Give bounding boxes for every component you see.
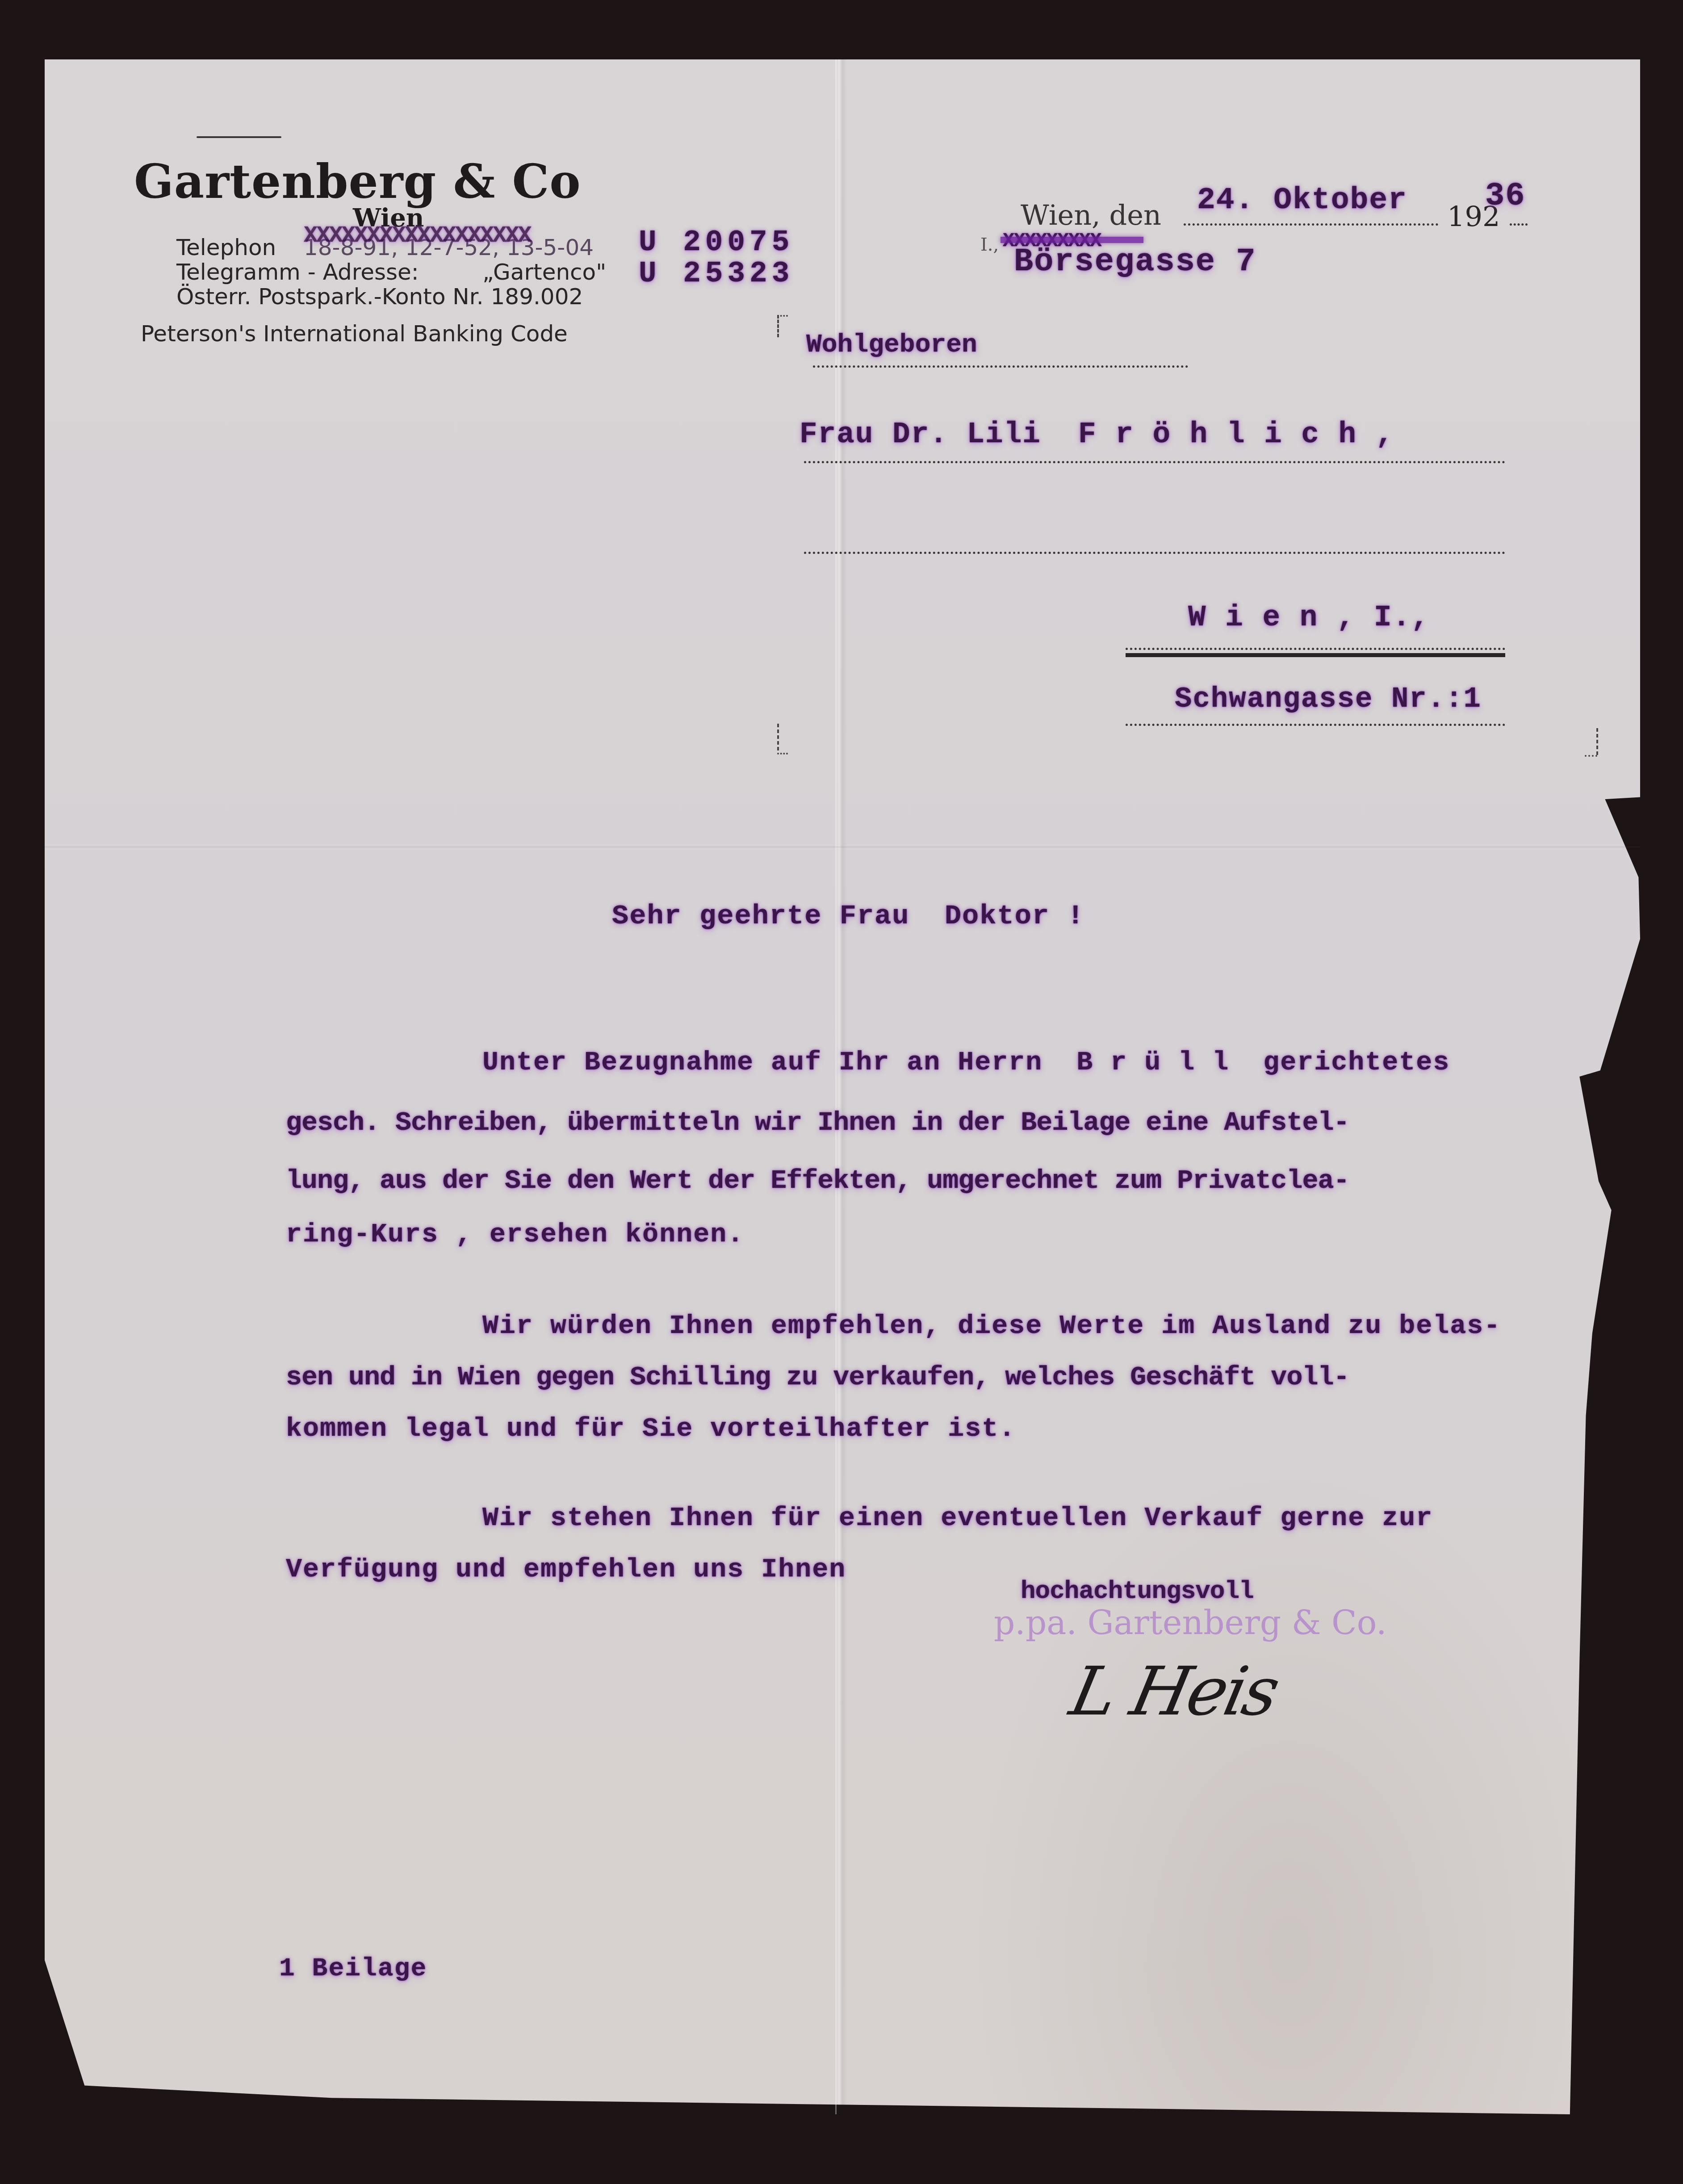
paper-fold-horizontal [45,847,1640,847]
window-mark-top-left-v [777,315,779,337]
salutation: Sehr geehrte Frau Doktor ! [612,900,1085,932]
telephone-label: Telephon [176,235,276,260]
body-p1-line4: ring-Kurs , ersehen können. [286,1220,744,1250]
recipient-honorific: Wohlgeboren [806,331,977,360]
body-p3-line1: Wir stehen Ihnen für einen eventuellen V… [482,1503,1433,1534]
honorific-dotted-line [813,365,1188,368]
body-p3-line2: Verfügung und empfehlen uns Ihnen [286,1555,846,1585]
city-dotted-line [1126,648,1505,650]
recipient-city: W i e n , I., [1188,601,1430,634]
window-mark-bottom-right-v [1596,728,1598,755]
telegram-new-number: U 25323 [639,257,794,290]
paper-fold-vertical [835,59,837,2114]
body-p2-line3: kommen legal und für Sie vorteilhafter i… [286,1414,1016,1444]
company-name: Gartenberg & Co [134,154,581,209]
recipient-street: Schwangasse Nr.:1 [1175,683,1482,716]
telephone-new-number: U 20075 [639,226,794,259]
window-mark-bottom-left-v [777,724,779,750]
pin-mark [197,136,281,138]
dateline-place: Wien, den [1021,199,1161,231]
company-stamp: p.pa. Gartenberg & Co. [994,1604,1386,1642]
old-street-strikethrough [1001,237,1143,243]
body-p1-line3: lung, aus der Sie den Wert der Effekten,… [286,1166,1349,1196]
date-typed: 24. Oktober [1197,183,1407,218]
body-p2-line2: sen und in Wien gegen Schilling zu verka… [286,1362,1349,1393]
window-mark-bottom-right [1585,755,1597,757]
body-p1-line1: Unter Bezugnahme auf Ihr an Herrn B r ü … [482,1048,1450,1078]
body-p2-line1: Wir würden Ihnen empfehlen, diese Werte … [482,1311,1501,1341]
banking-code: Peterson's International Banking Code [141,321,568,347]
enclosure-note: 1 Beilage [279,1954,427,1983]
window-mark-bottom-left [777,753,788,755]
telephone-overstrike: XXXXXXXXXXXXXXXXXX [304,222,531,249]
year-dotted-line [1510,223,1528,226]
complimentary-close: hochachtungsvoll [1021,1577,1254,1606]
city-underline [1126,653,1505,657]
signature: L Heis [1064,1653,1284,1731]
date-dotted-line [1184,223,1438,226]
telegram-label: Telegramm - Adresse: [176,259,419,285]
district-prefix: I., [980,235,999,255]
letter-paper [45,59,1640,2114]
telegram-address: „Gartenco" [482,259,606,285]
recipient-name: Frau Dr. Lili F r ö h l i c h , [800,418,1394,451]
postal-account: Österr. Postspark.-Konto Nr. 189.002 [176,284,583,310]
blank-dotted-line [804,552,1505,554]
sender-street: Börsegasse 7 [1014,243,1256,280]
street-dotted-line [1126,724,1505,726]
body-p1-line2: gesch. Schreiben, übermitteln wir Ihnen … [286,1108,1349,1138]
year-typed: 36 [1485,178,1525,214]
name-dotted-line [804,461,1505,463]
